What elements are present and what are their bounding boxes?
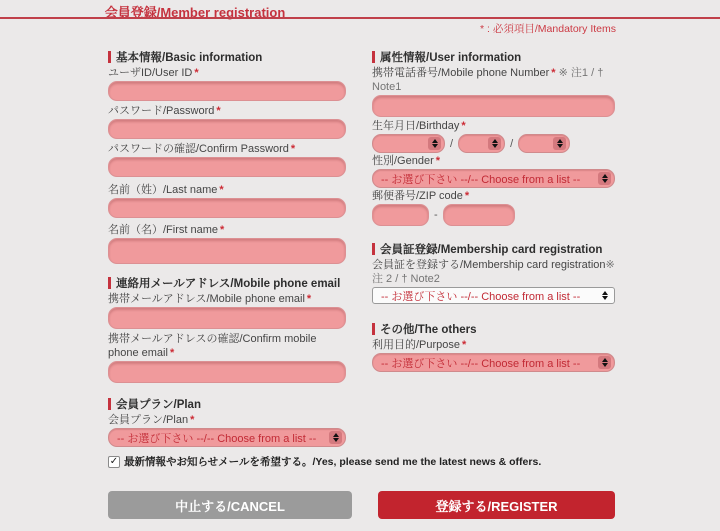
cancel-button[interactable]: 中止する/CANCEL bbox=[108, 491, 352, 519]
mobile-email-label: 携帯メールアドレス/Mobile phone email* bbox=[108, 292, 346, 306]
header-divider bbox=[0, 17, 720, 19]
plan-select[interactable]: -- お選び下さい --/-- Choose from a list -- bbox=[108, 428, 346, 447]
membership-card-select[interactable]: -- お選び下さい --/-- Choose from a list -- bbox=[372, 287, 615, 304]
password-label: パスワード/Password* bbox=[108, 104, 346, 118]
birthday-label: 生年月日/Birthday* bbox=[372, 119, 615, 133]
zip-code-input-2[interactable] bbox=[443, 204, 515, 226]
birthday-day-select[interactable] bbox=[518, 134, 570, 153]
newsletter-row: ✓ 最新情報やお知らせメールを希望する。/Yes, please send me… bbox=[108, 454, 541, 469]
section-marker bbox=[372, 51, 375, 63]
section-header-others: その他/The others bbox=[372, 322, 615, 336]
birthday-separator: / bbox=[450, 138, 453, 150]
user-id-label: ユーザID/User ID* bbox=[108, 66, 346, 80]
birthday-separator: / bbox=[510, 138, 513, 150]
required-marker: * bbox=[461, 120, 465, 132]
plan-label: 会員プラン/Plan* bbox=[108, 413, 346, 427]
confirm-mobile-email-label: 携帯メールアドレスの確認/Confirm mobile phone email* bbox=[108, 332, 346, 360]
password-input[interactable] bbox=[108, 119, 346, 139]
right-column: 属性情報/User information 携帯電話番号/Mobile phon… bbox=[372, 50, 615, 372]
required-marker: * bbox=[307, 293, 311, 305]
stepper-icon bbox=[553, 137, 566, 150]
membership-card-label: 会員証を登録する/Membership card registration※ 注… bbox=[372, 258, 615, 286]
birthday-year-select[interactable] bbox=[372, 134, 445, 153]
mobile-phone-number-input[interactable] bbox=[372, 95, 615, 117]
zip-code-label: 郵便番号/ZIP code* bbox=[372, 189, 615, 203]
stepper-icon bbox=[488, 137, 501, 150]
stepper-icon bbox=[598, 289, 611, 302]
mobile-email-input[interactable] bbox=[108, 307, 346, 329]
required-marker: * bbox=[436, 155, 440, 167]
gender-label: 性別/Gender* bbox=[372, 154, 615, 168]
user-id-input[interactable] bbox=[108, 81, 346, 101]
first-name-input[interactable] bbox=[108, 238, 346, 264]
birthday-month-select[interactable] bbox=[458, 134, 505, 153]
last-name-label: 名前（姓）/Last name* bbox=[108, 183, 346, 197]
confirm-mobile-email-input[interactable] bbox=[108, 361, 346, 383]
zip-code-row: - bbox=[372, 204, 615, 226]
mandatory-items-note: * : 必須項目/Mandatory Items bbox=[480, 21, 616, 36]
register-button[interactable]: 登録する/REGISTER bbox=[378, 491, 615, 519]
section-header-membership-card: 会員証登録/Membership card registration bbox=[372, 242, 615, 256]
section-header-basic-information: 基本情報/Basic information bbox=[108, 50, 346, 64]
purpose-label: 利用目的/Purpose* bbox=[372, 338, 615, 352]
required-marker: * bbox=[551, 67, 555, 79]
required-marker: * bbox=[190, 414, 194, 426]
last-name-input[interactable] bbox=[108, 198, 346, 218]
section-marker bbox=[108, 277, 111, 289]
required-marker: * bbox=[220, 224, 224, 236]
required-marker: * bbox=[291, 143, 295, 155]
member-registration-page: 会員登録/Member registration * : 必須項目/Mandat… bbox=[0, 0, 720, 531]
required-marker: * bbox=[462, 339, 466, 351]
zip-code-input-1[interactable] bbox=[372, 204, 429, 226]
confirm-password-label: パスワードの確認/Confirm Password* bbox=[108, 142, 346, 156]
required-marker: * bbox=[170, 347, 174, 359]
left-column: 基本情報/Basic information ユーザID/User ID* パス… bbox=[108, 50, 346, 447]
section-header-user-information: 属性情報/User information bbox=[372, 50, 615, 64]
stepper-icon bbox=[428, 137, 441, 150]
required-marker: * bbox=[216, 105, 220, 117]
birthday-row: / / bbox=[372, 134, 615, 153]
stepper-icon bbox=[329, 431, 342, 444]
gender-select[interactable]: -- お選び下さい --/-- Choose from a list -- bbox=[372, 169, 615, 188]
section-header-contact-email: 連絡用メールアドレス/Mobile phone email bbox=[108, 276, 346, 290]
mobile-phone-number-label: 携帯電話番号/Mobile phone Number* ※ 注1 / † Not… bbox=[372, 66, 615, 94]
section-marker bbox=[372, 323, 375, 335]
required-marker: * bbox=[219, 184, 223, 196]
first-name-label: 名前（名）/First name* bbox=[108, 223, 346, 237]
section-header-plan: 会員プラン/Plan bbox=[108, 397, 346, 411]
section-marker bbox=[108, 398, 111, 410]
newsletter-checkbox[interactable]: ✓ bbox=[108, 456, 120, 468]
required-marker: * bbox=[465, 190, 469, 202]
section-marker bbox=[108, 51, 111, 63]
stepper-icon bbox=[598, 356, 611, 369]
required-marker: * bbox=[194, 67, 198, 79]
purpose-select[interactable]: -- お選び下さい --/-- Choose from a list -- bbox=[372, 353, 615, 372]
confirm-password-input[interactable] bbox=[108, 157, 346, 177]
newsletter-label: 最新情報やお知らせメールを希望する。/Yes, please send me t… bbox=[124, 454, 541, 469]
zip-separator: - bbox=[434, 209, 438, 221]
stepper-icon bbox=[598, 172, 611, 185]
section-marker bbox=[372, 243, 375, 255]
